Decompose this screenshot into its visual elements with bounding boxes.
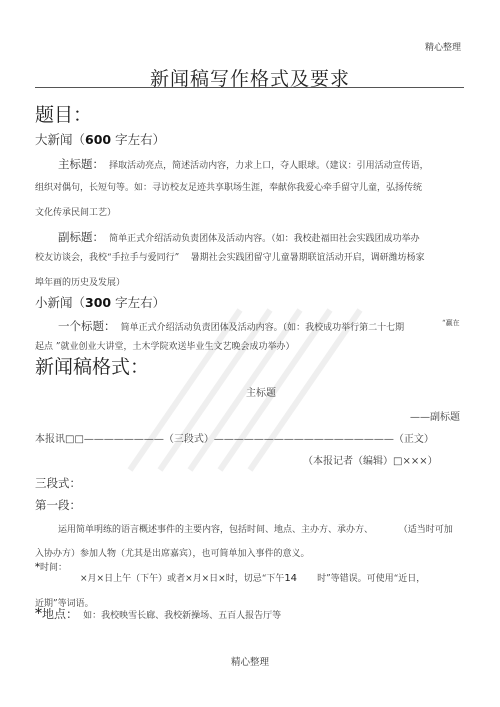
time-number: 14	[284, 573, 297, 584]
place-text: 如：我校映雪长廊、我校新操场、五百人报告厅等	[83, 611, 281, 621]
sub-title-text1: 简单正式介绍活动负责团体及活动内容。（如：我校赴福田社会实践团成功举办	[109, 234, 420, 244]
single-title-line1: 一个标题： 简单正式介绍活动负责团体及活动内容。（如：我校成功举行第二十七期	[58, 315, 404, 334]
time-text1a: ×月×日上午（下午）或者×月×日×时，切忌“下午	[80, 574, 284, 584]
sub-title-text2b: 暑期社会实践团留守儿童暑期联谊活动开启，调研潍坊杨家	[191, 253, 425, 263]
small-news-prefix: 小新闻（	[35, 295, 85, 310]
first-part-line2: 入协办方）参加人物（尤其是出席嘉宾），也可简单加入事件的意义。	[35, 546, 310, 559]
main-title-text2: 组织对偶句，长短句等。如：寻访校友足迹共享职场生涯，奉献你我爱心牵手留守儿童，弘…	[35, 180, 422, 193]
format-sub-title: ——副标题	[410, 408, 460, 423]
single-title-text1: 简单正式介绍活动负责团体及活动内容。（如：我校成功举行第二十七期	[121, 323, 405, 333]
sub-title-label: 副标题：	[58, 230, 104, 244]
heading-format-section: 新闻稿格式：	[35, 352, 149, 379]
format-lead-line: 本报讯□□————————（三段式）——————————————————（正文）	[35, 430, 434, 445]
big-news-prefix: 大新闻（	[35, 132, 85, 147]
first-part-text1b: （适当时可加	[399, 525, 453, 535]
page-header: 精心整理	[425, 40, 461, 53]
single-title-label: 一个标题：	[58, 319, 116, 333]
sub-title-text3: 埠年画的历史及发展）	[35, 275, 125, 288]
time-line1: ×月×日上午（下午）或者×月×日×时，切忌“下午14 时”等错误。可使用“近日，	[80, 571, 425, 584]
format-byline: （本报记者（编辑）□×××）	[303, 452, 438, 467]
main-title-label: 主标题：	[58, 157, 104, 171]
sub-title-text2: 校友访谈会，我校“手拉手与爱同行” 暑期社会实践团留守儿童暑期联谊活动开启，调研…	[35, 250, 425, 263]
heading-title-section: 题目：	[35, 100, 92, 127]
main-title-text3: 文化传承民间工艺）	[35, 205, 116, 218]
first-part-text1a: 运用简单明练的语言概述事件的主要内容，包括时间、地点、主办方、承办方、	[58, 525, 373, 535]
big-news-label: 大新闻（600 字左右）	[35, 130, 165, 148]
sub-title-text2a: 校友访谈会，我校“手拉手与爱同行”	[35, 253, 179, 263]
star-icon: *	[35, 606, 42, 622]
main-title-text1: 择取活动亮点，简述活动内容，力求上口，夺人眼球。（建议：引用活动宣传语，	[109, 161, 429, 171]
big-news-suffix: 字左右）	[115, 132, 165, 147]
small-news-suffix: 字左右）	[115, 295, 165, 310]
single-title-tail: “赢在	[442, 318, 460, 328]
small-news-number: 300	[85, 295, 111, 310]
place-row: *地点： 如：我校映雪长廊、我校新操场、五百人报告厅等	[35, 603, 281, 622]
main-title-line1: 主标题： 择取活动亮点，简述活动内容，力求上口，夺人眼球。（建议：引用活动宣传语…	[58, 153, 429, 172]
first-part-line1: 运用简单明练的语言概述事件的主要内容，包括时间、地点、主办方、承办方、 （适当时…	[58, 522, 453, 535]
single-title-text2: 起点 ”就业创业大讲堂，土木学院欢送毕业生文艺晚会成功举办）	[35, 339, 294, 352]
time-label-row: *时间：	[35, 555, 67, 574]
small-news-label: 小新闻（300 字左右）	[35, 293, 165, 311]
place-label: 地点：	[42, 607, 78, 621]
heading-first-part: 第一段：	[35, 497, 81, 513]
format-main-title: 主标题	[246, 384, 276, 399]
title-underline	[35, 87, 464, 88]
time-text1b: 时”等错误。可使用“近日，	[317, 574, 425, 584]
page-footer: 精心整理	[0, 654, 500, 668]
time-label: 时间：	[40, 563, 67, 573]
sub-title-line1: 副标题： 简单正式介绍活动负责团体及活动内容。（如：我校赴福田社会实践团成功举办	[58, 226, 420, 245]
big-news-number: 600	[85, 132, 111, 147]
heading-three-part: 三段式：	[35, 475, 81, 491]
